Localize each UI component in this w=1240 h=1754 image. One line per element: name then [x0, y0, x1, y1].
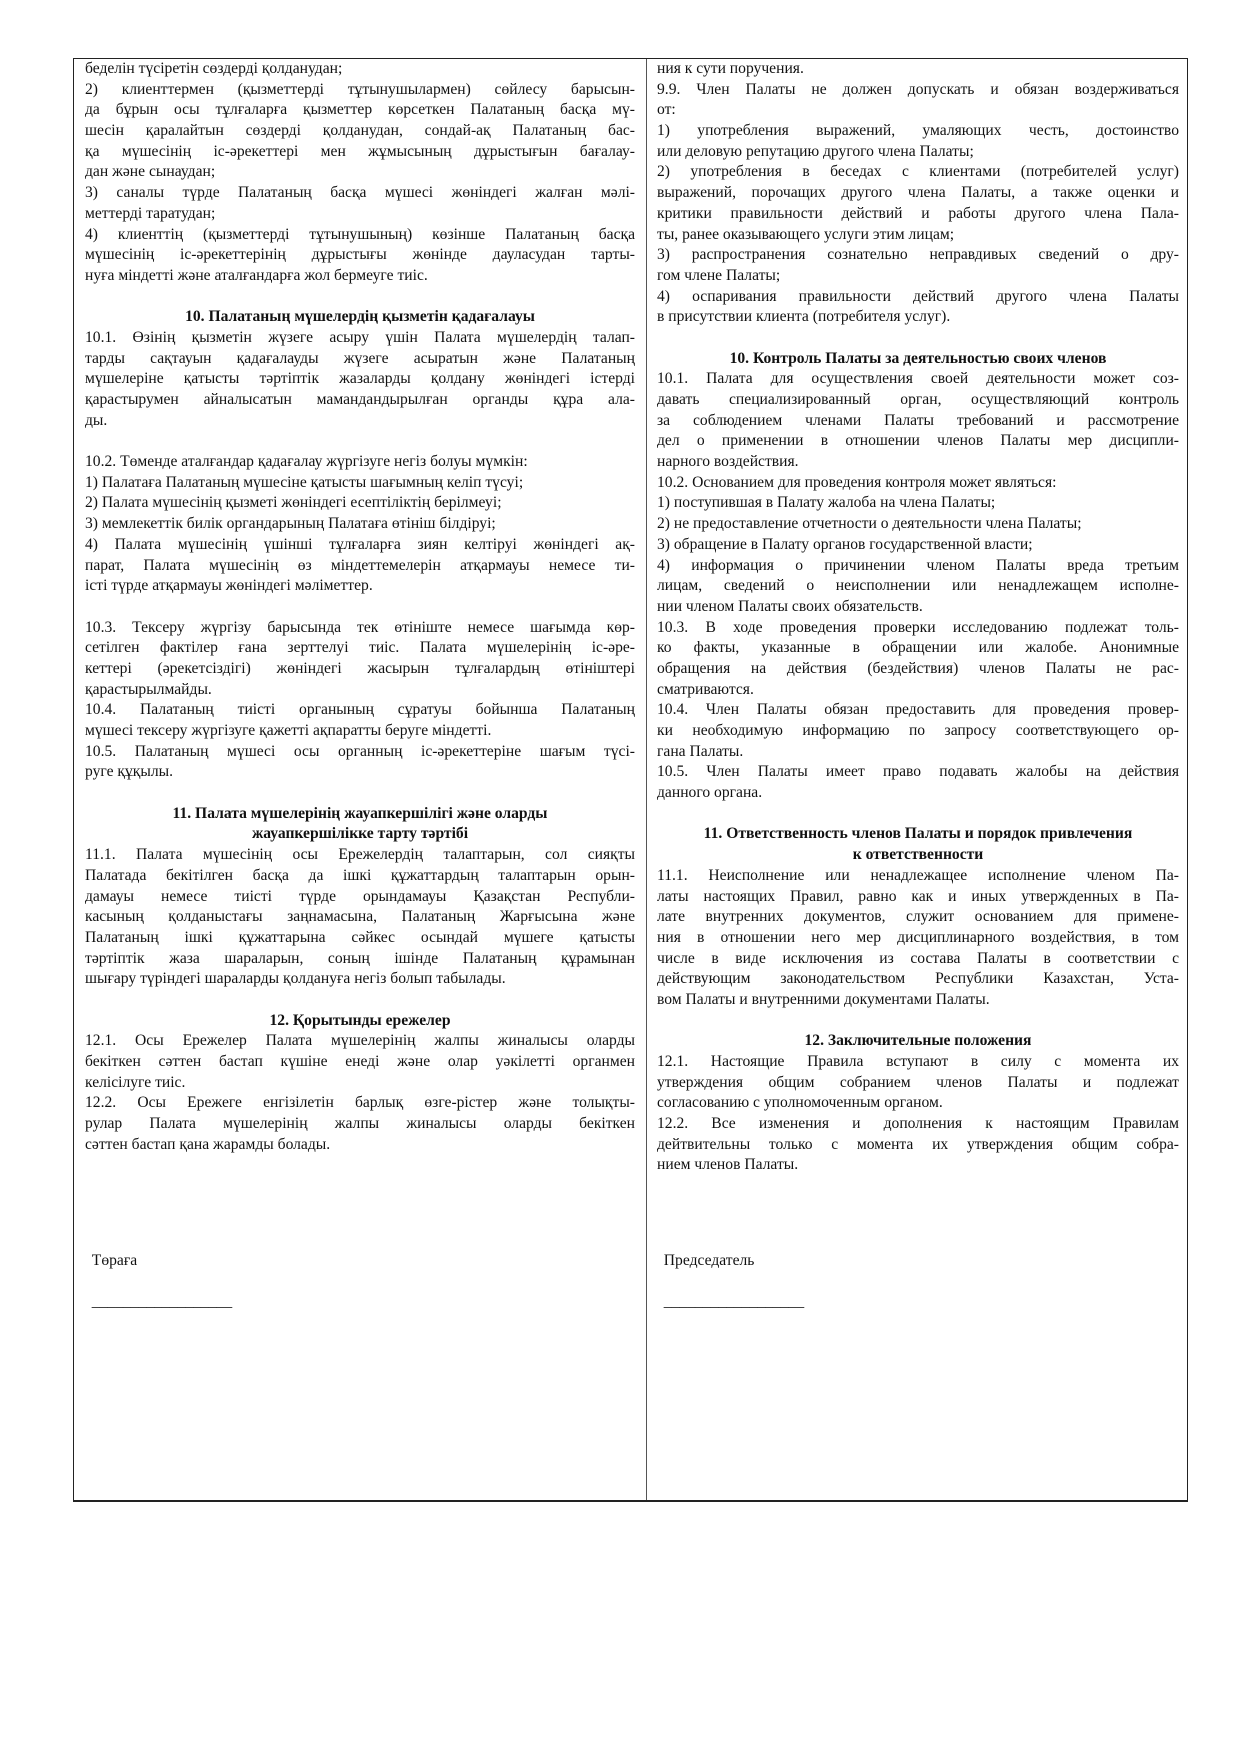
paragraph: 10.5. Член Палаты имеет право подавать ж… — [657, 762, 1179, 803]
text-line: қа мүшесінің іс-әрекеттері мен жұмысының… — [85, 142, 635, 163]
text-line: істі түрде атқармауы жөніндегі мәліметте… — [85, 576, 635, 597]
text-line: 12.2. Осы Ережеге енгізілетін барлық өзг… — [85, 1093, 635, 1114]
text-line: келісілуге тиіс. — [85, 1073, 635, 1094]
paragraph: 12.2. Все изменения и дополнения к насто… — [657, 1114, 1179, 1176]
text-line: 11.1. Неисполнение или ненадлежащее испо… — [657, 866, 1179, 887]
text-line: нуға міндетті және аталғандарға жол берм… — [85, 266, 635, 287]
text-line: шесін қаралайтын сөздерді қолданудан, со… — [85, 121, 635, 142]
text-line: нием членов Палаты. — [657, 1155, 1179, 1176]
paragraph: 1) поступившая в Палату жалоба на члена … — [657, 493, 1179, 514]
text-line: 12.1. Осы Ережелер Палата мүшелерінің жа… — [85, 1031, 635, 1052]
text-line: действующим законодательством Республики… — [657, 969, 1179, 990]
text-line: латы настоящих Правил, равно как и иных … — [657, 887, 1179, 908]
text-line: Палатаның ішкі құжаттарына сәйкес осында… — [85, 928, 635, 949]
section-heading: 10. Контроль Палаты за деятельностью сво… — [657, 349, 1179, 370]
paragraph: беделін түсіретін сөздерді қолданудан; — [85, 59, 635, 80]
paragraph: 10.5. Палатаның мүшесі осы органның іс-ә… — [85, 742, 635, 783]
text-line: утверждения общим собранием членов Палат… — [657, 1073, 1179, 1094]
text-line: 3) мемлекеттік билік органдарының Палата… — [85, 514, 635, 535]
paragraph: 11.1. Неисполнение или ненадлежащее испо… — [657, 866, 1179, 1011]
section-heading: 10. Палатаның мүшелердің қызметін қадаға… — [85, 307, 635, 328]
signature-line-ru: __________________ — [664, 1293, 804, 1310]
blank-spacer — [85, 431, 635, 452]
text-line: 9.9. Член Палаты не должен допускать и о… — [657, 80, 1179, 101]
text-line: ния к сути поручения. — [657, 59, 1179, 80]
text-line: согласованию с уполномоченным органом. — [657, 1093, 1179, 1114]
paragraph: 12.1. Настоящие Правила вступают в силу … — [657, 1052, 1179, 1114]
text-line: 10.2. Төменде аталғандар қадағалау жүргі… — [85, 452, 635, 473]
paragraph: 2) не предоставление отчетности о деятел… — [657, 514, 1179, 535]
heading-line: 11. Палата мүшелерінің жауапкершілігі жә… — [85, 804, 635, 825]
text-line: числе в виде исключения из состава Палат… — [657, 949, 1179, 970]
text-line: 3) саналы түрде Палатаның басқа мүшесі ж… — [85, 183, 635, 204]
text-line: 4) Палата мүшесінің үшінші тұлғаларға зи… — [85, 535, 635, 556]
text-line: меттерді таратудан; — [85, 204, 635, 225]
text-line: гом члене Палаты; — [657, 266, 1179, 287]
text-line: 3) распространения сознательно неправдив… — [657, 245, 1179, 266]
text-line: 10.1. Палата для осуществления своей дея… — [657, 369, 1179, 390]
paragraph: 10.1. Өзінің қызметін жүзеге асыру үшін … — [85, 328, 635, 431]
text-line: за соблюдением членами Палаты требований… — [657, 411, 1179, 432]
text-line: дан және сынаудан; — [85, 162, 635, 183]
signature-left: Төраға __________________ — [84, 1230, 232, 1251]
paragraph: 1) употребления выражений, умаляющих чес… — [657, 121, 1179, 162]
text-line: давать специализированный орган, осущест… — [657, 390, 1179, 411]
text-line: касының қолданыстағы заңнамасына, Палата… — [85, 907, 635, 928]
text-line: қарастырылмайды. — [85, 680, 635, 701]
paragraph: 3) распространения сознательно неправдив… — [657, 245, 1179, 286]
paragraph: 9.9. Член Палаты не должен допускать и о… — [657, 80, 1179, 121]
paragraph: ния к сути поручения. — [657, 59, 1179, 80]
bilingual-rules-table: беделін түсіретін сөздерді қолданудан;2)… — [73, 58, 1188, 1502]
text-line: ды. — [85, 411, 635, 432]
text-line: лате внутренних документов, служит основ… — [657, 907, 1179, 928]
text-line: ния в отношении него мер дисциплинарного… — [657, 928, 1179, 949]
text-line: или деловую репутацию другого члена Пала… — [657, 142, 1179, 163]
paragraph: 2) клиенттермен (қызметтерді тұтынушылар… — [85, 80, 635, 183]
section-heading: 12. Қорытынды ережелер — [85, 1011, 635, 1032]
text-line: 4) информация о причинении членом Палаты… — [657, 556, 1179, 577]
text-line: 10.1. Өзінің қызметін жүзеге асыру үшін … — [85, 328, 635, 349]
heading-line: к ответственности — [657, 845, 1179, 866]
text-line: тәртіптік жаза шараларын, соның ішінде П… — [85, 949, 635, 970]
paragraph: 4) оспаривания правильности действий дру… — [657, 287, 1179, 328]
paragraph: 2) Палата мүшесінің қызметі жөніндегі ес… — [85, 493, 635, 514]
signature-label-ru: Председатель — [664, 1252, 755, 1269]
heading-line: 10. Контроль Палаты за деятельностью сво… — [657, 349, 1179, 370]
heading-line: 12. Қорытынды ережелер — [85, 1011, 635, 1032]
paragraph: 10.2. Төменде аталғандар қадағалау жүргі… — [85, 452, 635, 473]
blank-spacer — [657, 328, 1179, 349]
heading-line: 12. Заключительные положения — [657, 1031, 1179, 1052]
text-line: мүшесі тексеру жүргізуге қажетті ақпарат… — [85, 721, 635, 742]
paragraph: 3) саналы түрде Палатаның басқа мүшесі ж… — [85, 183, 635, 224]
text-line: дамауы немесе тиісті түрде орындамауы Қа… — [85, 887, 635, 908]
section-heading: 11. Палата мүшелерінің жауапкершілігі жә… — [85, 804, 635, 845]
signature-right: Председатель __________________ — [656, 1230, 804, 1251]
text-line: 1) Палатаға Палатаның мүшесіне қатысты ш… — [85, 473, 635, 494]
blank-spacer — [85, 597, 635, 618]
text-line: шығару түріндегі шараларды қолдануға нег… — [85, 969, 635, 990]
text-line: 10.2. Основанием для проведения контроля… — [657, 473, 1179, 494]
text-line: 3) обращение в Палату органов государств… — [657, 535, 1179, 556]
paragraph: 2) употребления в беседах с клиентами (п… — [657, 162, 1179, 245]
text-line: 1) поступившая в Палату жалоба на члена … — [657, 493, 1179, 514]
text-line: мүшесінің іс-әрекеттерінің дұрыстығы жөн… — [85, 245, 635, 266]
paragraph: 4) клиенттің (қызметтерді тұтынушының) к… — [85, 225, 635, 287]
text-line: дейтвительны только с момента их утвержд… — [657, 1135, 1179, 1156]
paragraph: 10.3. Тексеру жүргізу барысында тек өтін… — [85, 618, 635, 701]
text-line: руге құқылы. — [85, 762, 635, 783]
text-line: вом Палаты и внутренними документами Пал… — [657, 990, 1179, 1011]
text-line: 10.5. Член Палаты имеет право подавать ж… — [657, 762, 1179, 783]
text-line: 10.3. В ходе проведения проверки исследо… — [657, 618, 1179, 639]
section-heading: 11. Ответственность членов Палаты и поря… — [657, 824, 1179, 865]
text-line: сәттен бастап қана жарамды болады. — [85, 1135, 635, 1156]
text-line: да бұрын осы тұлғаларға қызметтер көрсет… — [85, 100, 635, 121]
signature-line-kk: __________________ — [92, 1293, 232, 1310]
text-line: мүшелеріне қатысты тәртіптік жазаларды қ… — [85, 369, 635, 390]
paragraph: 3) обращение в Палату органов государств… — [657, 535, 1179, 556]
text-line: 10.5. Палатаның мүшесі осы органның іс-ә… — [85, 742, 635, 763]
paragraph: 10.1. Палата для осуществления своей дея… — [657, 369, 1179, 472]
blank-spacer — [657, 804, 1179, 825]
paragraph: 10.2. Основанием для проведения контроля… — [657, 473, 1179, 494]
text-line: от: — [657, 100, 1179, 121]
text-line: 10.3. Тексеру жүргізу барысында тек өтін… — [85, 618, 635, 639]
column-divider — [646, 59, 647, 1500]
text-line: нии членом Палаты своих обязательств. — [657, 597, 1179, 618]
text-line: обращения на действия (бездействия) член… — [657, 659, 1179, 680]
blank-spacer — [85, 287, 635, 308]
text-line: нарного воздействия. — [657, 452, 1179, 473]
paragraph: 4) информация о причинении членом Палаты… — [657, 556, 1179, 618]
text-line: қарастырумен айналысатын мамандандырылға… — [85, 390, 635, 411]
paragraph: 4) Палата мүшесінің үшінші тұлғаларға зи… — [85, 535, 635, 597]
text-line: кеттері (әрекетсіздігі) жөніндегі жасыры… — [85, 659, 635, 680]
text-line: 12.2. Все изменения и дополнения к насто… — [657, 1114, 1179, 1135]
heading-line: 10. Палатаның мүшелердің қызметін қадаға… — [85, 307, 635, 328]
heading-line: 11. Ответственность членов Палаты и поря… — [657, 824, 1179, 845]
paragraph: 12.1. Осы Ережелер Палата мүшелерінің жа… — [85, 1031, 635, 1093]
text-line: сетілген фактілер ғана зерттелуі тиіс. П… — [85, 638, 635, 659]
text-line: тарды сақтауын қадағалауды жүзеге асырат… — [85, 349, 635, 370]
blank-spacer — [85, 783, 635, 804]
text-line: 2) употребления в беседах с клиентами (п… — [657, 162, 1179, 183]
signature-label-kk: Төраға — [92, 1252, 137, 1269]
text-line: ки необходимую информацию по запросу соо… — [657, 721, 1179, 742]
paragraph: 3) мемлекеттік билік органдарының Палата… — [85, 514, 635, 535]
text-line: гана Палаты. — [657, 742, 1179, 763]
text-line: в присутствии клиента (потребителя услуг… — [657, 307, 1179, 328]
text-line: критики правильности действий и работы д… — [657, 204, 1179, 225]
paragraph: 10.4. Член Палаты обязан предоставить дл… — [657, 700, 1179, 762]
paragraph: 10.3. В ходе проведения проверки исследо… — [657, 618, 1179, 701]
kazakh-column: беделін түсіретін сөздерді қолданудан;2)… — [85, 59, 635, 1155]
text-line: 1) употребления выражений, умаляющих чес… — [657, 121, 1179, 142]
text-line: 2) Палата мүшесінің қызметі жөніндегі ес… — [85, 493, 635, 514]
text-line: сматриваются. — [657, 680, 1179, 701]
paragraph: 1) Палатаға Палатаның мүшесіне қатысты ш… — [85, 473, 635, 494]
russian-column: ния к сути поручения.9.9. Член Палаты не… — [657, 59, 1179, 1176]
heading-line: жауапкершілікке тарту тәртібі — [85, 824, 635, 845]
blank-spacer — [85, 990, 635, 1011]
text-line: беделін түсіретін сөздерді қолданудан; — [85, 59, 635, 80]
text-line: ты, ранее оказывающего услуги этим лицам… — [657, 225, 1179, 246]
paragraph: 10.4. Палатаның тиісті органының сұратуы… — [85, 700, 635, 741]
text-line: бекіткен сәттен бастап күшіне енеді және… — [85, 1052, 635, 1073]
paragraph: 11.1. Палата мүшесінің осы Ережелердің т… — [85, 845, 635, 990]
text-line: 4) оспаривания правильности действий дру… — [657, 287, 1179, 308]
text-line: ко факты, указанные в обращении или жало… — [657, 638, 1179, 659]
blank-spacer — [657, 1011, 1179, 1032]
text-line: данного органа. — [657, 783, 1179, 804]
text-line: 11.1. Палата мүшесінің осы Ережелердің т… — [85, 845, 635, 866]
text-line: дел о применении в отношении членов Пала… — [657, 431, 1179, 452]
text-line: 2) клиенттермен (қызметтерді тұтынушылар… — [85, 80, 635, 101]
text-line: рулар Палата мүшелерінің жалпы жиналысы … — [85, 1114, 635, 1135]
section-heading: 12. Заключительные положения — [657, 1031, 1179, 1052]
text-line: выражений, порочащих другого члена Палат… — [657, 183, 1179, 204]
paragraph: 12.2. Осы Ережеге енгізілетін барлық өзг… — [85, 1093, 635, 1155]
text-line: 4) клиенттің (қызметтерді тұтынушының) к… — [85, 225, 635, 246]
text-line: лицам, сведений о неисполнении или ненад… — [657, 576, 1179, 597]
text-line: Палатада бекітілген басқа да ішкі құжатт… — [85, 866, 635, 887]
text-line: 2) не предоставление отчетности о деятел… — [657, 514, 1179, 535]
text-line: 10.4. Палатаның тиісті органының сұратуы… — [85, 700, 635, 721]
text-line: 12.1. Настоящие Правила вступают в силу … — [657, 1052, 1179, 1073]
text-line: парат, Палата мүшесінің өз міндеттемелер… — [85, 556, 635, 577]
text-line: 10.4. Член Палаты обязан предоставить дл… — [657, 700, 1179, 721]
